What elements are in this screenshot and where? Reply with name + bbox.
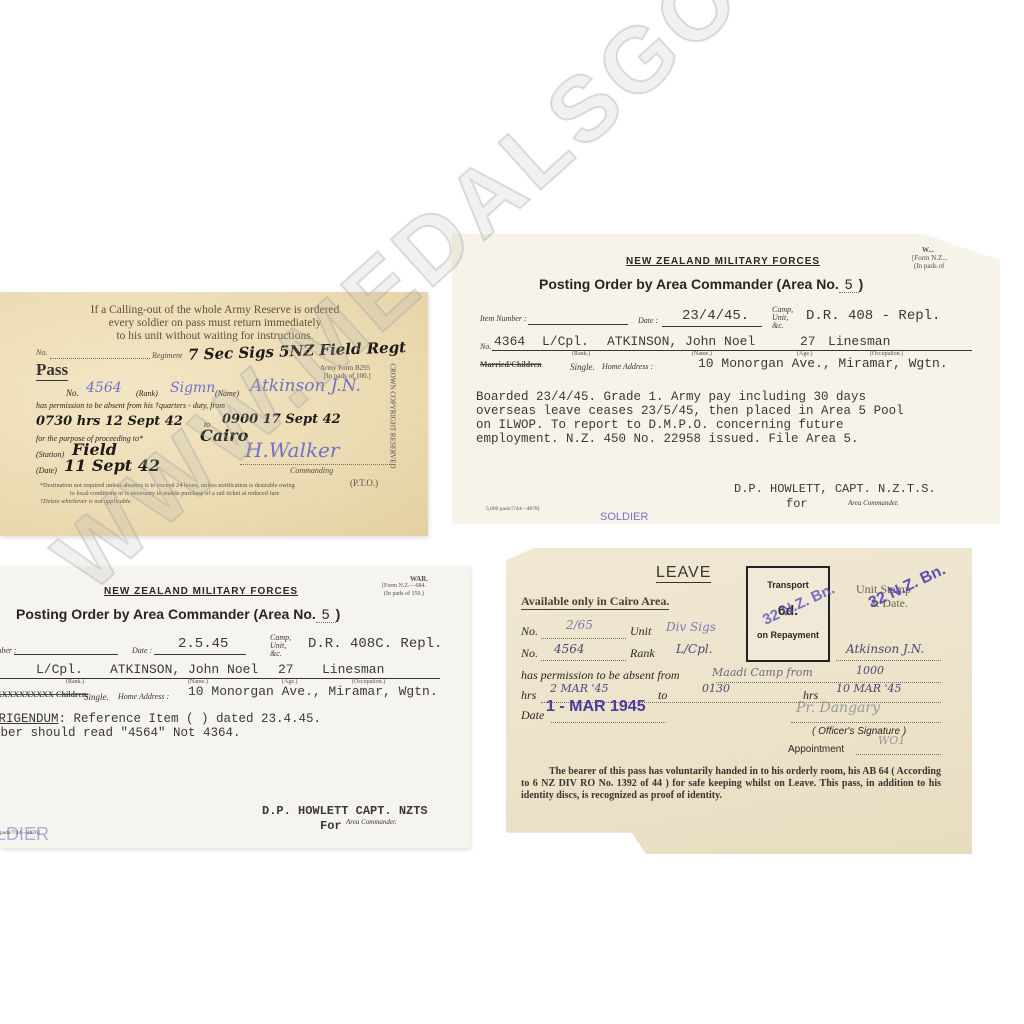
posting1-date-value: 23/4/45. <box>682 308 749 324</box>
posting1-area-commander-label: Area Commander. <box>848 499 899 507</box>
posting1-rank-label: (Rank.) <box>572 351 590 357</box>
posting2-for-label: For <box>320 819 342 833</box>
leave-appointment-label: Appointment <box>788 744 844 755</box>
posting2-signature: D.P. HOWLETT CAPT. NZTS <box>262 804 428 818</box>
pass-card: If a Calling-out of the whole Army Reser… <box>0 292 428 536</box>
pass-name-label: (Name) <box>215 389 239 398</box>
leave-no-label: No. <box>521 624 538 639</box>
leave-time-from: 1000 <box>856 664 884 677</box>
pass-permission-text: has permission to be absent from his †qu… <box>36 401 225 410</box>
posting1-age-value: 27 <box>800 334 816 349</box>
posting2-date-label: Date : <box>132 646 152 655</box>
pass-date-label: (Date) <box>36 466 57 475</box>
posting1-item-line <box>528 324 628 325</box>
posting2-name-value: ATKINSON, John Noel <box>110 662 258 677</box>
leave-no2-line <box>541 660 626 661</box>
leave-permission-value: Maadi Camp from <box>712 666 813 679</box>
pass-signature-line <box>240 464 390 465</box>
leave-hrs2-value: 10 MAR '45 <box>836 682 902 695</box>
pass-date-value: 11 Sept 42 <box>64 456 160 475</box>
leave-hrs-label: hrs <box>521 688 536 703</box>
pass-number-value: 4564 <box>86 380 122 396</box>
pass-title: Pass <box>36 360 68 381</box>
leave-available-area: Available only in Cairo Area. <box>521 594 669 610</box>
leave-to-value: 0130 <box>702 682 730 695</box>
posting1-title-prefix: Posting Order by Area Commander (Area No… <box>539 276 839 292</box>
posting2-title-prefix: Posting Order by Area Commander (Area No… <box>16 606 316 622</box>
posting2-title-suffix: ) <box>336 606 341 622</box>
leave-name-value: Atkinson J.N. <box>846 642 924 656</box>
posting1-body-line-3: on ILWOP. To report to D.M.P.O. concerni… <box>476 418 844 432</box>
posting2-body-line-1-text: : Reference Item ( ) dated 23.4.45. <box>59 712 322 726</box>
posting1-date-label: Date : <box>638 316 658 325</box>
posting1-camp-value: D.R. 408 - Repl. <box>806 308 940 324</box>
leave-date-stamp: 1 - MAR 1945 <box>546 698 646 716</box>
posting2-camp-value: D.R. 408C. Repl. <box>308 636 442 652</box>
posting2-body-line-1: CORRIGENDUM: Reference Item ( ) dated 23… <box>0 712 321 726</box>
leave-name-line <box>836 660 941 661</box>
leave-no-value: 2/65 <box>566 618 593 632</box>
posting1-camp-label: Camp, Unit, &c. <box>772 306 793 330</box>
posting2-rank-value: L/Cpl. <box>36 662 83 677</box>
posting1-address-label: Home Address : <box>602 362 653 371</box>
posting1-form-ref-2: [Form N.Z... <box>912 254 948 262</box>
pass-from-value: 0730 hrs 12 Sept 42 <box>36 414 183 429</box>
pass-purpose-value: Cairo <box>200 426 248 445</box>
pass-side-copyright: CROWN COPYRIGHT RESERVED <box>389 363 397 468</box>
leave-permission-line <box>716 682 941 683</box>
posting1-print-ref: 5,000 pads/7/44—4878] <box>486 506 539 512</box>
posting2-address-label: Home Address : <box>118 692 169 701</box>
posting2-form-ref-2: [Form N.Z.—684. <box>382 583 426 589</box>
pass-rank-value: Sigmn <box>170 380 215 396</box>
pass-rank-label: (Rank) <box>136 389 158 398</box>
pass-footnote-2: to local conditions or is necessary to e… <box>70 490 279 497</box>
leave-rank-value: L/Cpl. <box>676 642 713 656</box>
posting2-body-line-2: Number should read "4564" Not 4364. <box>0 726 241 740</box>
leave-officer-signature: Pr. Dangary <box>796 700 880 716</box>
posting2-area-no: 5 <box>316 606 336 623</box>
pass-no-label: No. <box>36 348 47 357</box>
posting1-body-line-1: Boarded 23/4/45. Grade 1. Army pay inclu… <box>476 390 866 404</box>
pass-header-line-2: every soldier on pass must return immedi… <box>40 317 390 330</box>
posting1-rank-value: L/Cpl. <box>542 334 589 349</box>
posting2-soldier-stamp: SOLDIER <box>0 824 49 845</box>
leave-date-line <box>551 722 666 723</box>
posting2-camp-label-3: &c. <box>270 650 291 658</box>
leave-no2-label: No. <box>521 646 538 661</box>
posting1-date-line <box>662 326 762 327</box>
posting1-no-label: No. <box>480 342 491 351</box>
posting2-occupation-value: Linesman <box>322 662 384 677</box>
posting1-struck-text: Married/Children <box>480 360 542 369</box>
posting2-rank-label: (Rank.) <box>66 679 84 685</box>
leave-date-label: Date <box>521 708 544 723</box>
pass-no-line <box>50 358 150 359</box>
posting1-address-value: 10 Monorgan Ave., Miramar, Wgtn. <box>698 356 948 371</box>
posting2-org: NEW ZEALAND MILITARY FORCES <box>104 586 298 597</box>
posting1-form-ref-3: (In pads of <box>914 262 944 270</box>
posting2-date-value: 2.5.45 <box>178 636 228 652</box>
pass-signature: H.Walker <box>245 438 339 462</box>
pass-to-value: 0900 17 Sept 42 <box>222 412 341 427</box>
posting1-single-label: Single. <box>570 362 595 372</box>
pass-header-line-1: If a Calling-out of the whole Army Reser… <box>40 304 390 317</box>
posting2-address-value: 10 Monorgan Ave., Miramar, Wgtn. <box>188 684 438 699</box>
leave-unit-label: Unit <box>630 624 651 639</box>
leave-rank-label: Rank <box>630 646 655 661</box>
leave-hrs-value: 2 MAR '45 <box>550 682 609 695</box>
posting2-form-ref-1: WAR. <box>410 575 428 583</box>
posting-order-card-2: NEW ZEALAND MILITARY FORCES WAR. [Form N… <box>0 566 470 848</box>
posting-order-card-1: NEW ZEALAND MILITARY FORCES W... [Form N… <box>452 234 1000 524</box>
posting1-soldier-stamp: SOLDIER <box>600 511 648 523</box>
posting2-struck-text: XXXXXXXXXX Children. <box>0 690 88 699</box>
pass-station-label: (Station) <box>36 450 64 459</box>
posting2-area-commander-label: Area Commander. <box>346 818 397 826</box>
leave-no-line <box>541 638 626 639</box>
transport-bottom: on Repayment <box>748 630 828 640</box>
leave-pass-card: LEAVE Available only in Cairo Area. Tran… <box>506 548 972 854</box>
leave-appointment-value: WO1 <box>878 734 905 747</box>
posting1-for-label: for <box>786 497 808 511</box>
posting2-corrigendum: CORRIGENDUM <box>0 712 59 726</box>
pass-regiment-label: Regiment <box>152 351 182 360</box>
posting1-occupation-value: Linesman <box>828 334 890 349</box>
posting2-title: Posting Order by Area Commander (Area No… <box>16 606 340 622</box>
pass-footnote-1: *Destination not required unless absence… <box>40 482 295 489</box>
leave-to-label: to <box>658 688 667 703</box>
pass-form-ref-1: Army Form B295 <box>320 364 370 372</box>
posting2-camp-label: Camp, Unit, &c. <box>270 634 291 658</box>
pass-commanding-label: Commanding <box>290 466 333 475</box>
posting1-org: NEW ZEALAND MILITARY FORCES <box>626 256 820 267</box>
pass-footnote-3: †Delete whichever is not applicable. <box>40 498 132 505</box>
posting1-camp-label-3: &c. <box>772 322 793 330</box>
leave-appointment-line <box>856 754 941 755</box>
posting1-name-value: ATKINSON, John Noel <box>607 334 755 349</box>
posting2-single-label: Single. <box>84 692 109 702</box>
posting1-area-no: 5 <box>839 276 859 293</box>
posting2-form-ref-3: (In pads of 150.) <box>384 591 424 597</box>
leave-permission-text: has permission to be absent from <box>521 668 680 683</box>
posting1-signature: D.P. HOWLETT, CAPT. N.Z.T.S. <box>734 482 936 496</box>
leave-signature-line <box>791 722 941 723</box>
posting1-body-line-4: employment. N.Z. 450 No. 22958 issued. F… <box>476 432 859 446</box>
posting1-form-ref-1: W... <box>922 246 934 254</box>
pass-name-value: Atkinson J.N. <box>250 376 361 396</box>
leave-title: LEAVE <box>656 564 711 583</box>
posting1-body-line-2: overseas leave ceases 23/5/45, then plac… <box>476 404 904 418</box>
posting1-no-value: 4364 <box>494 334 525 349</box>
pass-number-label: No. <box>66 388 79 398</box>
posting2-item-line <box>14 654 118 655</box>
posting1-item-label: Item Number : <box>480 314 527 323</box>
leave-no2-value: 4564 <box>554 642 585 656</box>
leave-body-text: The bearer of this pass has voluntarily … <box>521 766 941 802</box>
posting2-age-value: 27 <box>278 662 294 677</box>
leave-unit-value: Div Sigs <box>666 620 716 634</box>
posting2-date-line <box>154 654 246 655</box>
posting1-title-suffix: ) <box>859 276 864 292</box>
posting1-title: Posting Order by Area Commander (Area No… <box>539 276 863 292</box>
pass-pto: (P.T.O.) <box>350 478 378 488</box>
